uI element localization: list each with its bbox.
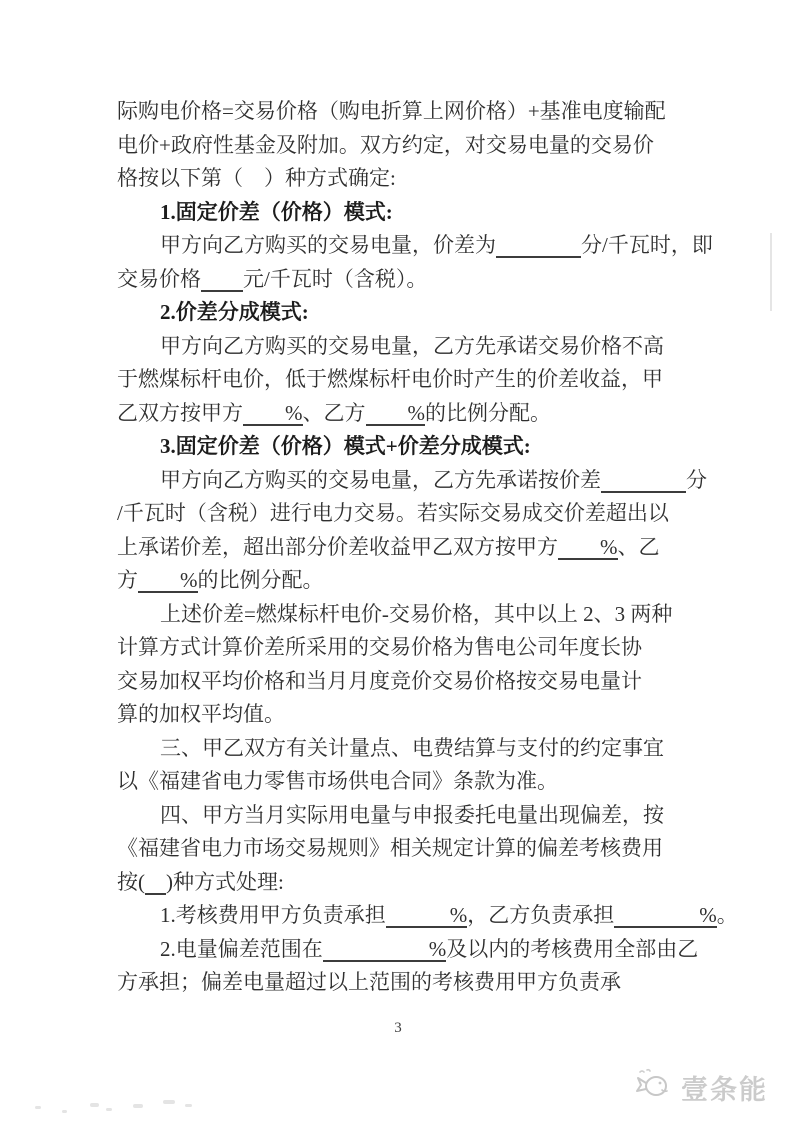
blank-underline (201, 269, 243, 292)
text-segment: 甲方向乙方购买的交易电量，价差为 (160, 233, 496, 257)
document-line: 按( )种方式处理: (117, 866, 685, 900)
text-segment: 算的加权平均值。 (117, 702, 285, 726)
scan-artifact-speck (106, 1108, 112, 1111)
text-segment: 交易加权平均价格和当月月度竞价交易价格按交易电量计 (117, 669, 642, 693)
document-line: 上承诺价差，超出部分价差收益甲乙双方按甲方 %、乙 (117, 531, 685, 565)
document-page: 际购电价格=交易价格（购电折算上网价格）+基准电度输配电价+政府性基金及附加。双… (0, 0, 796, 1122)
text-segment: 元/千瓦时（含税）。 (243, 267, 427, 291)
document-line: /千瓦时（含税）进行电力交易。若实际交易成交价差超出以 (117, 497, 685, 531)
scan-artifact-speck (90, 1103, 99, 1107)
text-segment: 的比例分配。 (425, 401, 551, 425)
document-line: 交易加权平均价格和当月月度竞价交易价格按交易电量计 (117, 665, 685, 699)
blank-underline (601, 470, 686, 493)
scan-artifact-line (770, 233, 772, 311)
text-segment: 、乙 (618, 535, 660, 559)
document-line: 方承担；偏差电量超过以上范围的考核费用甲方负责承 (117, 966, 685, 1000)
document-line: 方 %的比例分配。 (117, 564, 685, 598)
text-segment: 分/千瓦时，即 (581, 233, 713, 257)
document-heading-line: 2.价差分成模式: (117, 296, 685, 330)
text-segment: 际购电价格=交易价格（购电折算上网价格）+基准电度输配 (117, 99, 666, 123)
document-heading-line: 1.固定价差（价格）模式: (117, 196, 685, 230)
text-segment: 2.电量偏差范围在 (160, 937, 323, 961)
document-line: 甲方向乙方购买的交易电量，价差为 分/千瓦时，即 (117, 229, 685, 263)
text-segment: 1.考核费用甲方负责承担 (160, 903, 386, 927)
blank-underline: % (366, 403, 426, 426)
text-segment: 3.固定价差（价格）模式+价差分成模式: (160, 434, 531, 458)
document-line: 上述价差=燃煤标杆电价-交易价格，其中以上 2、3 两种 (117, 598, 685, 632)
blank-underline: % (386, 905, 468, 928)
text-segment: 的比例分配。 (198, 568, 324, 592)
document-line: 于燃煤标杆电价，低于燃煤标杆电价时产生的价差收益，甲 (117, 363, 685, 397)
text-segment: 2.价差分成模式: (160, 300, 309, 324)
document-line: 甲方向乙方购买的交易电量，乙方先承诺按价差 分 (117, 464, 685, 498)
text-segment: 方 (117, 568, 138, 592)
text-segment: 1.固定价差（价格）模式: (160, 200, 393, 224)
document-heading-line: 3.固定价差（价格）模式+价差分成模式: (117, 430, 685, 464)
document-line: 乙双方按甲方 %、乙方 %的比例分配。 (117, 397, 685, 431)
text-segment: 甲方向乙方购买的交易电量，乙方先承诺交易价格不高 (160, 334, 664, 358)
document-line: 三、甲乙双方有关计量点、电费结算与支付的约定事宜 (117, 732, 685, 766)
text-segment: 交易价格 (117, 267, 201, 291)
text-segment: )种方式处理: (166, 870, 284, 894)
publisher-watermark: 壹条能 (632, 1068, 768, 1107)
document-line: 交易价格 元/千瓦时（含税）。 (117, 263, 685, 297)
scan-artifact-speck (133, 1104, 143, 1108)
text-segment: 甲方向乙方购买的交易电量，乙方先承诺按价差 (160, 468, 601, 492)
text-segment: 上述价差=燃煤标杆电价-交易价格，其中以上 2、3 两种 (160, 602, 672, 626)
fish-doodle-icon (632, 1068, 674, 1107)
text-segment: 。 (717, 903, 738, 927)
scan-artifact-speck (62, 1110, 67, 1113)
text-segment: 及以内的考核费用全部由乙 (446, 937, 698, 961)
blank-underline (145, 872, 166, 895)
text-segment: 格按以下第（ ）种方式确定: (117, 166, 396, 190)
document-line: 以《福建省电力零售市场供电合同》条款为准。 (117, 765, 685, 799)
document-line: 际购电价格=交易价格（购电折算上网价格）+基准电度输配 (117, 95, 685, 129)
text-segment: 于燃煤标杆电价，低于燃煤标杆电价时产生的价差收益，甲 (117, 367, 663, 391)
document-line: 四、甲方当月实际用电量与申报委托电量出现偏差，按 (117, 799, 685, 833)
document-line: 算的加权平均值。 (117, 698, 685, 732)
document-line: 1.考核费用甲方负责承担 %，乙方负责承担 %。 (117, 899, 685, 933)
scan-artifact-speck (163, 1100, 175, 1104)
text-segment: 上承诺价差，超出部分价差收益甲乙双方按甲方 (117, 535, 558, 559)
text-segment: 以《福建省电力零售市场供电合同》条款为准。 (117, 769, 558, 793)
text-segment: /千瓦时（含税）进行电力交易。若实际交易成交价差超出以 (117, 501, 669, 525)
document-line: 电价+政府性基金及附加。双方约定，对交易电量的交易价 (117, 129, 685, 163)
blank-underline: % (138, 570, 198, 593)
text-segment: 电价+政府性基金及附加。双方约定，对交易电量的交易价 (117, 133, 654, 157)
text-segment: 四、甲方当月实际用电量与申报委托电量出现偏差，按 (160, 803, 664, 827)
document-line: 计算方式计算价差所采用的交易价格为售电公司年度长协 (117, 631, 685, 665)
document-line: 格按以下第（ ）种方式确定: (117, 162, 685, 196)
blank-underline (496, 235, 581, 258)
page-number: 3 (0, 1020, 796, 1037)
text-segment: 计算方式计算价差所采用的交易价格为售电公司年度长协 (117, 635, 642, 659)
document-line: 甲方向乙方购买的交易电量，乙方先承诺交易价格不高 (117, 330, 685, 364)
scan-artifact-speck (35, 1106, 41, 1109)
watermark-label: 壹条能 (681, 1068, 768, 1107)
scan-artifact-speck (185, 1104, 192, 1107)
text-segment: 方承担；偏差电量超过以上范围的考核费用甲方负责承 (117, 970, 621, 994)
text-segment: 按( (117, 870, 145, 894)
text-segment: 分 (686, 468, 707, 492)
text-segment: 、乙方 (303, 401, 366, 425)
document-line: 《福建省电力市场交易规则》相关规定计算的偏差考核费用 (117, 832, 685, 866)
blank-underline: % (243, 403, 303, 426)
blank-underline: % (614, 905, 717, 928)
blank-underline: % (558, 537, 618, 560)
blank-underline: % (323, 939, 447, 962)
text-segment: ，乙方负责承担 (467, 903, 614, 927)
text-segment: 《福建省电力市场交易规则》相关规定计算的偏差考核费用 (117, 836, 663, 860)
text-segment: 三、甲乙双方有关计量点、电费结算与支付的约定事宜 (160, 736, 664, 760)
document-body: 际购电价格=交易价格（购电折算上网价格）+基准电度输配电价+政府性基金及附加。双… (117, 95, 685, 1000)
document-line: 2.电量偏差范围在 %及以内的考核费用全部由乙 (117, 933, 685, 967)
text-segment: 乙双方按甲方 (117, 401, 243, 425)
